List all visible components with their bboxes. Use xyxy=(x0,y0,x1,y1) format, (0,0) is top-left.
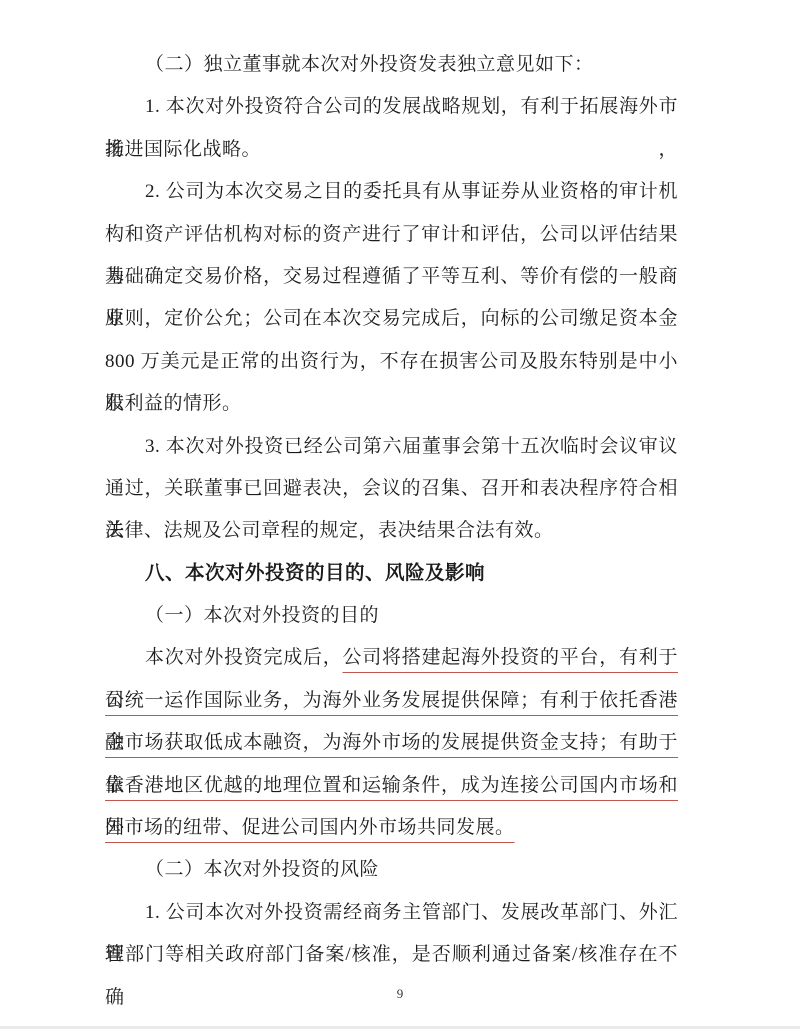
subsection-heading: （一）本次对外投资的目的 xyxy=(105,595,678,637)
line-text: 八、本次对外投资的目的、风险及影响 xyxy=(145,563,485,584)
line-text: 东利益的情形。 xyxy=(105,393,242,414)
section-heading: 八、本次对外投资的目的、风险及影响 xyxy=(105,553,678,595)
doc-line: 东利益的情形。 xyxy=(105,383,678,425)
document-text-column: （二）独立董事就本次对外投资发表独立意见如下： 1. 本次对外投资符合公司的发展… xyxy=(105,44,678,977)
line-text: （二）本次对外投资的风险 xyxy=(145,859,379,880)
line-text: 3. 本次对外投资已经公司第六届董事会第十五次临时会议审议 xyxy=(145,436,678,457)
doc-line: 理部门等相关政府部门备案/核准，是否顺利通过备案/核准存在不确 xyxy=(105,934,678,976)
doc-line: 基础确定交易价格，交易过程遵循了平等互利、等价有偿的一般商业 xyxy=(105,256,678,298)
line-text: 原则，定价公允；公司在本次交易完成后，向标的公司缴足资本金 xyxy=(105,308,678,329)
doc-line: 1. 公司本次对外投资需经商务主管部门、发展改革部门、外汇管 xyxy=(105,892,678,934)
doc-line: 融市场获取低成本融资，为海外市场的发展提供资金支持；有助于依 xyxy=(105,722,678,764)
document-page: { "page": { "number": "9", "underline_co… xyxy=(0,0,800,1029)
line-text: （二）独立董事就本次对外投资发表独立意见如下： xyxy=(145,54,594,75)
doc-line: 法律、法规及公司章程的规定，表决结果合法有效。 xyxy=(105,510,678,552)
doc-line: 1. 本次对外投资符合公司的发展战略规划，有利于拓展海外市场， xyxy=(105,86,678,128)
page-number: 9 xyxy=(0,986,800,1002)
doc-line: （二）独立董事就本次对外投资发表独立意见如下： xyxy=(105,44,678,86)
subsection-heading: （二）本次对外投资的风险 xyxy=(105,849,678,891)
line-text: 法律、法规及公司章程的规定，表决结果合法有效。 xyxy=(105,520,554,541)
doc-line: 800 万美元是正常的出资行为，不存在损害公司及股东特别是中小股 xyxy=(105,341,678,383)
doc-line: 靠香港地区优越的地理位置和运输条件，成为连接公司国内市场和国 xyxy=(105,765,678,807)
doc-line: 司统一运作国际业务，为海外业务发展提供保障；有利于依托香港金 xyxy=(105,680,678,722)
line-text: 2. 公司为本次交易之目的委托具有从事证券从业资格的审计机 xyxy=(145,181,678,202)
doc-line: 原则，定价公允；公司在本次交易完成后，向标的公司缴足资本金 xyxy=(105,298,678,340)
doc-line: 3. 本次对外投资已经公司第六届董事会第十五次临时会议审议 xyxy=(105,426,678,468)
underlined-text: 外市场的纽带、促进公司国内外市场共同发展。 xyxy=(105,817,515,838)
line-text: 本次对外投资完成后， xyxy=(145,647,343,668)
line-text: 推进国际化战略。 xyxy=(105,139,261,160)
doc-line: 本次对外投资完成后，公司将搭建起海外投资的平台，有利于公 xyxy=(105,637,678,679)
doc-line: 外市场的纽带、促进公司国内外市场共同发展。 xyxy=(105,807,678,849)
doc-line: 通过，关联董事已回避表决，会议的召集、召开和表决程序符合相关 xyxy=(105,468,678,510)
line-text: （一）本次对外投资的目的 xyxy=(145,605,379,626)
doc-line: 2. 公司为本次交易之目的委托具有从事证券从业资格的审计机 xyxy=(105,171,678,213)
doc-line: 构和资产评估机构对标的资产进行了审计和评估，公司以评估结果为 xyxy=(105,214,678,256)
